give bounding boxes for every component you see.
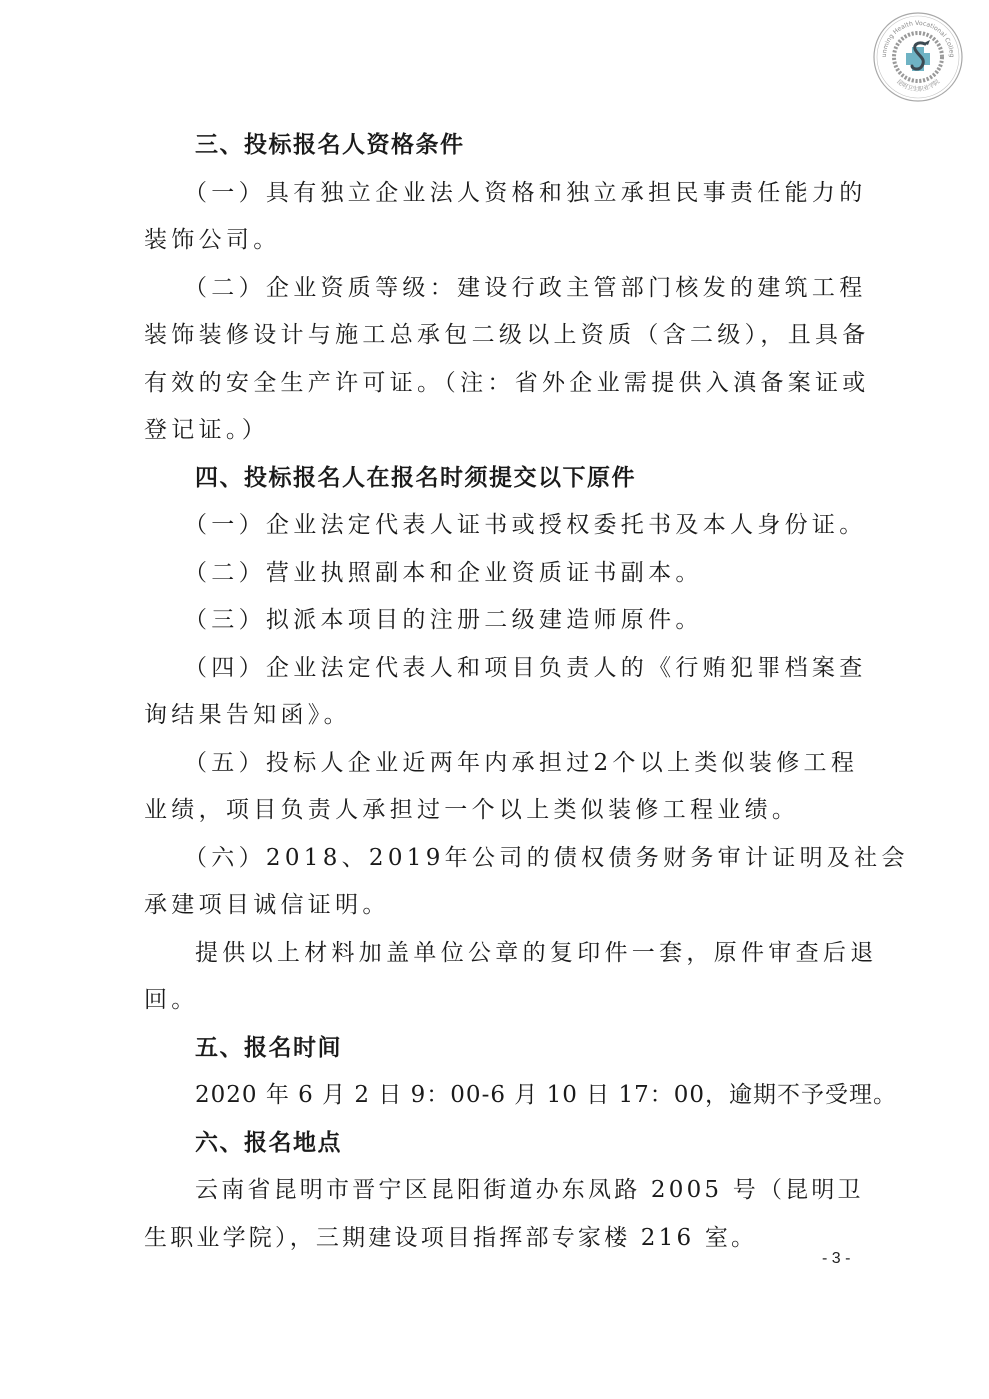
paragraph-line: （二）企业资质等级：建设行政主管部门核发的建筑工程 xyxy=(144,265,860,313)
paragraph-line: 业绩，项目负责人承担过一个以上类似装修工程业绩。 xyxy=(144,787,860,835)
section-heading-3: 三、投标报名人资格条件 xyxy=(144,122,860,170)
paragraph-line: 询结果告知函》。 xyxy=(144,692,860,740)
paragraph-line: （一）企业法定代表人证书或授权委托书及本人身份证。 xyxy=(144,502,860,550)
paragraph-line: （三）拟派本项目的注册二级建造师原件。 xyxy=(144,597,860,645)
document-page: Kunming Health Vocational College 昆明卫生职业… xyxy=(0,0,989,1399)
paragraph-line: 装饰公司。 xyxy=(144,217,860,265)
section-heading-5: 五、报名时间 xyxy=(144,1025,860,1073)
section-heading-4: 四、投标报名人在报名时须提交以下原件 xyxy=(144,455,860,503)
college-seal-icon: Kunming Health Vocational College 昆明卫生职业… xyxy=(872,11,964,103)
registration-address: 云南省昆明市晋宁区昆阳街道办东凤路 2005 号（昆明卫 xyxy=(144,1167,860,1215)
paragraph-line: （一）具有独立企业法人资格和独立承担民事责任能力的 xyxy=(144,170,860,218)
registration-address: 生职业学院），三期建设项目指挥部专家楼 216 室。 xyxy=(144,1215,860,1263)
document-body: 三、投标报名人资格条件 （一）具有独立企业法人资格和独立承担民事责任能力的 装饰… xyxy=(144,122,860,1262)
paragraph-line: 登记证。） xyxy=(144,407,860,455)
paragraph-line: 有效的安全生产许可证。（注：省外企业需提供入滇备案证或 xyxy=(144,360,860,408)
paragraph-line: （二）营业执照副本和企业资质证书副本。 xyxy=(144,550,860,598)
paragraph-line: 装饰装修设计与施工总承包二级以上资质（含二级），且具备 xyxy=(144,312,860,360)
paragraph-line: 回。 xyxy=(144,977,860,1025)
section-heading-6: 六、报名地点 xyxy=(144,1120,860,1168)
paragraph-line: 提供以上材料加盖单位公章的复印件一套，原件审查后退 xyxy=(144,930,860,978)
paragraph-line: （六）2018、2019年公司的债权债务财务审计证明及社会 xyxy=(144,835,860,883)
page-number: - 3 - xyxy=(822,1250,850,1268)
paragraph-line: （四）企业法定代表人和项目负责人的《行贿犯罪档案查 xyxy=(144,645,860,693)
paragraph-line: （五）投标人企业近两年内承担过2个以上类似装修工程 xyxy=(144,740,860,788)
registration-time: 2020 年 6 月 2 日 9：00-6 月 10 日 17：00，逾期不予受… xyxy=(144,1072,860,1120)
paragraph-line: 承建项目诚信证明。 xyxy=(144,882,860,930)
